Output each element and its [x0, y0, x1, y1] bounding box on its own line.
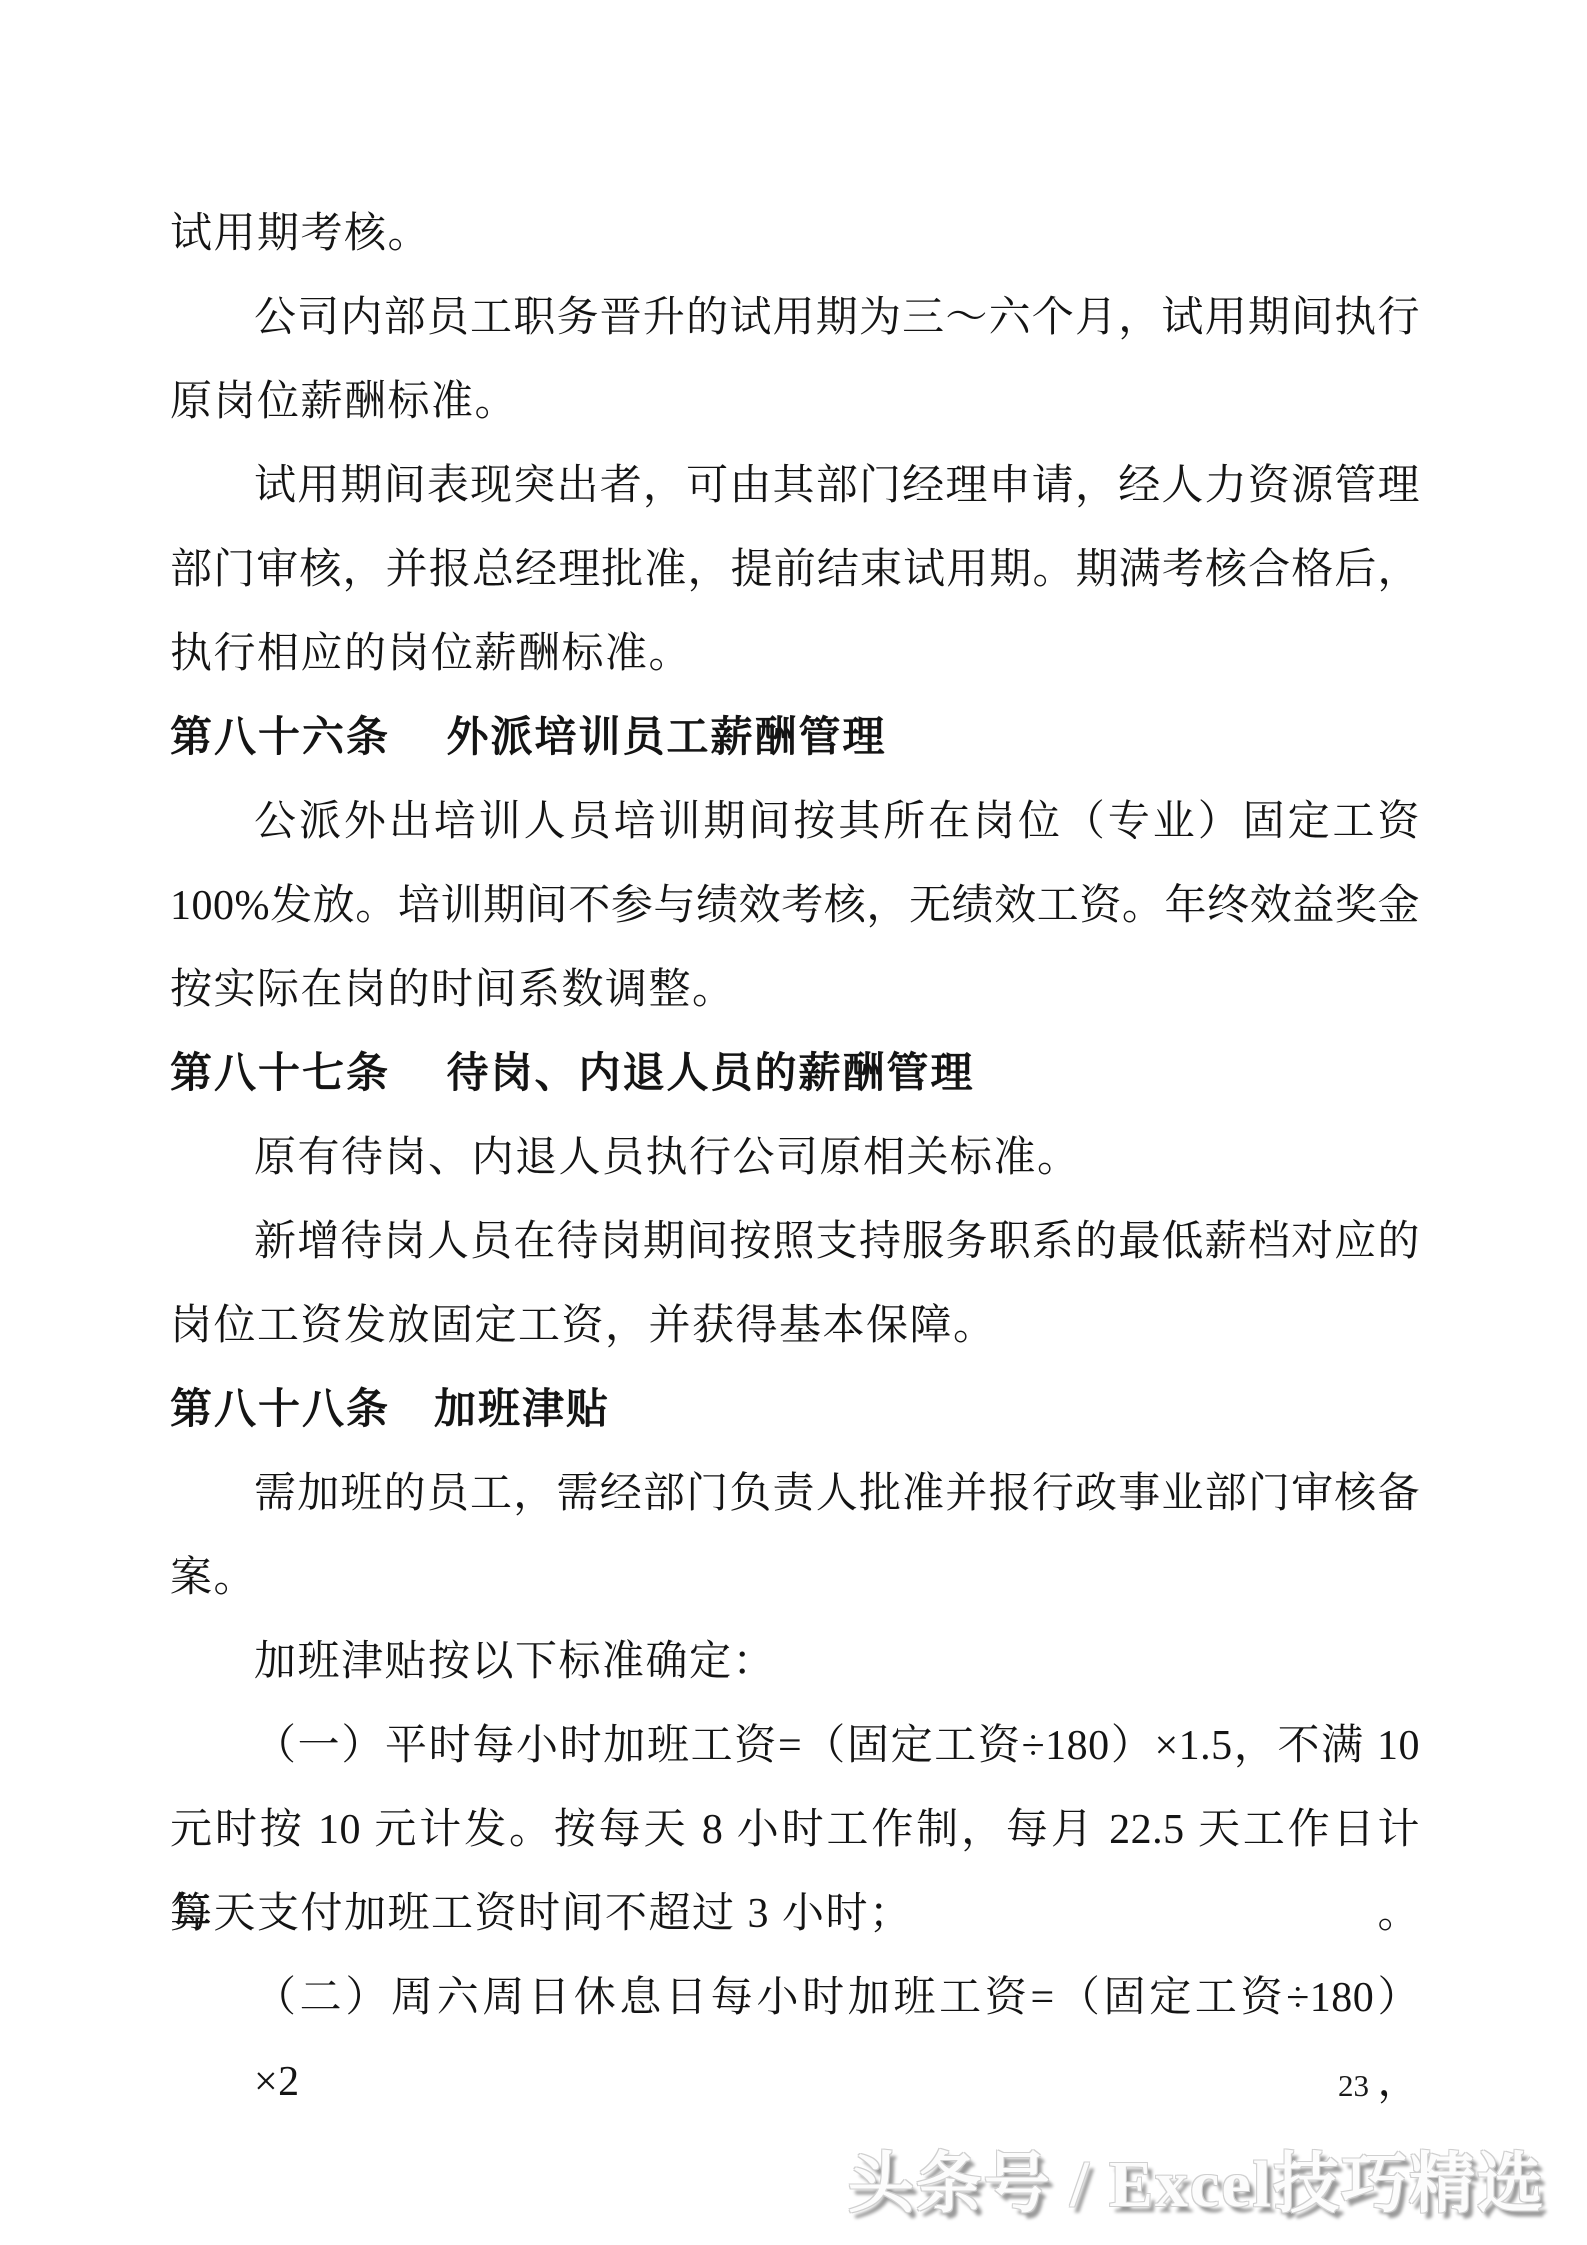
section-heading: 第八十七条 待岗、内退人员的薪酬管理 [170, 1032, 1420, 1116]
section-heading: 第八十八条 加班津贴 [170, 1368, 1420, 1452]
text-line: （二）周六周日休息日每小时加班工资=（固定工资÷180）×2， [170, 1956, 1420, 2040]
section-heading: 第八十六条 外派培训员工薪酬管理 [170, 696, 1420, 780]
text-line: 原岗位薪酬标准。 [170, 360, 1420, 444]
page-number: 23 [1338, 2068, 1369, 2104]
watermark: 头条号 / Excel技巧精选 [848, 2130, 1545, 2225]
text-line: 执行相应的岗位薪酬标准。 [170, 612, 1420, 696]
text-line: 加班津贴按以下标准确定： [170, 1620, 1420, 1704]
text-line: 需加班的员工，需经部门负责人批准并报行政事业部门审核备 [170, 1452, 1420, 1536]
text-line: 岗位工资发放固定工资，并获得基本保障。 [170, 1284, 1420, 1368]
text-line: 试用期间表现突出者，可由其部门经理申请，经人力资源管理 [170, 444, 1420, 528]
text-line: 原有待岗、内退人员执行公司原相关标准。 [170, 1116, 1420, 1200]
text-line: 100%发放。培训期间不参与绩效考核，无绩效工资。年终效益奖金 [170, 864, 1420, 948]
text-line: 案。 [170, 1536, 1420, 1620]
text-line: 公司内部员工职务晋升的试用期为三～六个月，试用期间执行 [170, 276, 1420, 360]
document-page: 试用期考核。公司内部员工职务晋升的试用期为三～六个月，试用期间执行原岗位薪酬标准… [0, 0, 1587, 2245]
document-text-block: 试用期考核。公司内部员工职务晋升的试用期为三～六个月，试用期间执行原岗位薪酬标准… [170, 192, 1420, 2040]
text-line: 试用期考核。 [170, 192, 1420, 276]
text-line: （一）平时每小时加班工资=（固定工资÷180）×1.5，不满 10 [170, 1704, 1420, 1788]
text-line: 元时按 10 元计发。按每天 8 小时工作制，每月 22.5 天工作日计算。 [170, 1788, 1420, 1872]
text-line: 按实际在岗的时间系数调整。 [170, 948, 1420, 1032]
text-line: 新增待岗人员在待岗期间按照支持服务职系的最低薪档对应的 [170, 1200, 1420, 1284]
text-line: 公派外出培训人员培训期间按其所在岗位（专业）固定工资 [170, 780, 1420, 864]
text-line: 部门审核，并报总经理批准，提前结束试用期。期满考核合格后， [170, 528, 1420, 612]
